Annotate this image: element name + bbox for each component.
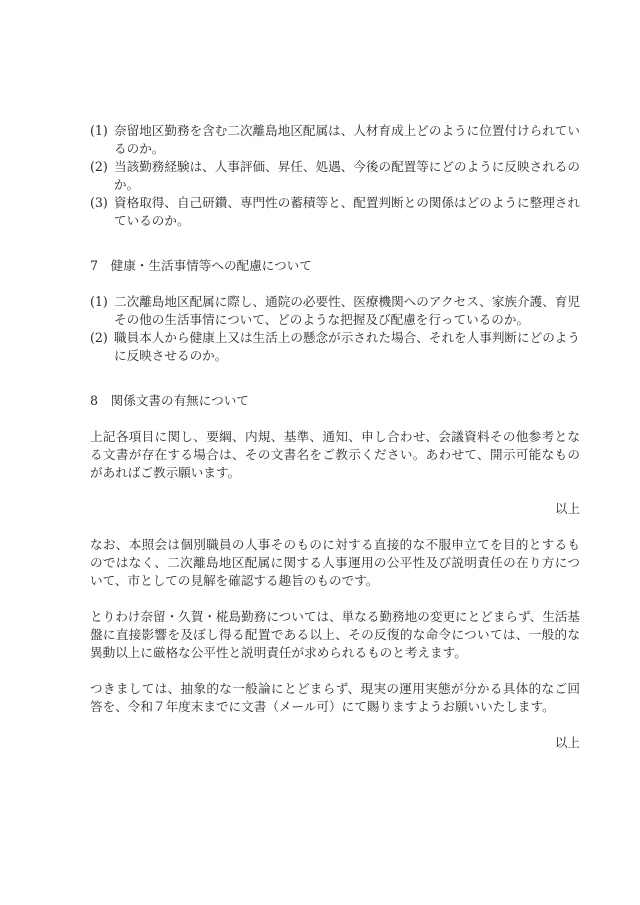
item-text: 職員本人から健康上又は生活上の懸念が示された場合、それを人事判断にどのように反映… [114,329,580,365]
list-item: (1) 二次離島地区配属に際し、通院の必要性、医療機関へのアクセス、家族介護、育… [90,293,580,329]
section6-list: (1) 奈留地区勤務を含む二次離島地区配属は、人材育成上どのように位置付けられて… [90,122,580,230]
note-paragraph: つきましては、抽象的な一般論にとどまらず、現実の運用実態が分かる具体的なご回答を… [90,680,580,716]
section8-body: 上記各項目に関し、要綱、内規、基準、通知、申し合わせ、会議資料その他参考となる文… [90,428,580,482]
item-number: (2) [90,329,114,365]
item-number: (3) [90,194,114,230]
section7-heading: 7 健康・生活事情等への配慮について [90,257,580,275]
document-page: (1) 奈留地区勤務を含む二次離島地区配属は、人材育成上どのように位置付けられて… [90,122,580,752]
closing-mark: 以上 [90,734,580,752]
item-text: 二次離島地区配属に際し、通院の必要性、医療機関へのアクセス、家族介護、育児その他… [114,293,580,329]
item-number: (1) [90,122,114,158]
section8-heading: 8 関係文書の有無について [90,392,580,410]
section7-list: (1) 二次離島地区配属に際し、通院の必要性、医療機関へのアクセス、家族介護、育… [90,293,580,365]
list-item: (1) 奈留地区勤務を含む二次離島地区配属は、人材育成上どのように位置付けられて… [90,122,580,158]
note-paragraph: なお、本照会は個別職員の人事そのものに対する直接的な不服申立てを目的とするもので… [90,536,580,590]
list-item: (2) 当該勤務経験は、人事評価、昇任、処遇、今後の配置等にどのように反映される… [90,158,580,194]
item-text: 当該勤務経験は、人事評価、昇任、処遇、今後の配置等にどのように反映されるのか。 [114,158,580,194]
item-text: 奈留地区勤務を含む二次離島地区配属は、人材育成上どのように位置付けられているのか… [114,122,580,158]
item-number: (1) [90,293,114,329]
list-item: (2) 職員本人から健康上又は生活上の懸念が示された場合、それを人事判断にどのよ… [90,329,580,365]
note-paragraph: とりわけ奈留・久賀・椛島勤務については、単なる勤務地の変更にとどまらず、生活基盤… [90,608,580,662]
item-text: 資格取得、自己研鑽、専門性の蓄積等と、配置判断との関係はどのように整理されている… [114,194,580,230]
item-number: (2) [90,158,114,194]
closing-mark: 以上 [90,500,580,518]
list-item: (3) 資格取得、自己研鑽、専門性の蓄積等と、配置判断との関係はどのように整理さ… [90,194,580,230]
